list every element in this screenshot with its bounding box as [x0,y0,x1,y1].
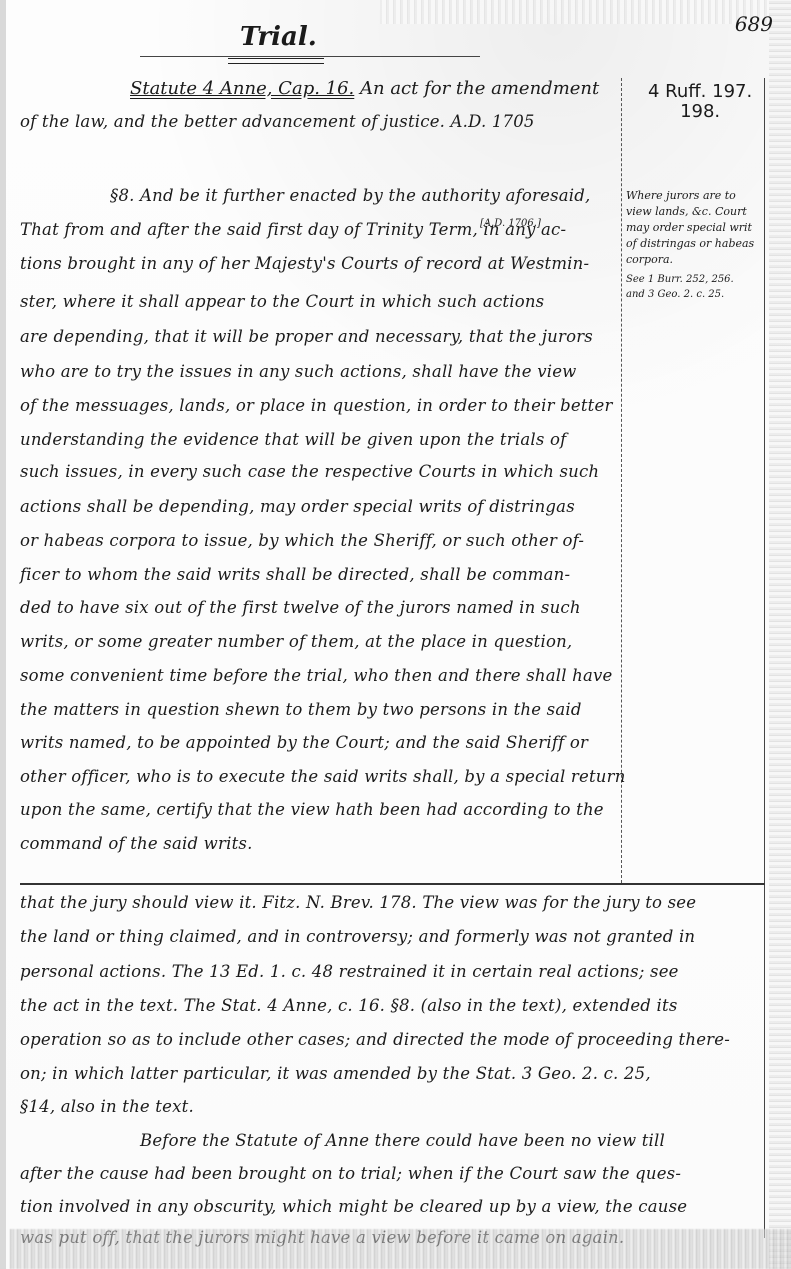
text-line: command of the said writs. [20,834,610,853]
text-line: writs named, to be appointed by the Cour… [20,733,610,752]
text-line: ster, where it shall appear to the Court… [20,292,610,311]
commentary-line: after the cause had been brought on to t… [20,1164,760,1183]
page-title: Trial. [240,22,317,52]
commentary-line: the act in the text. The Stat. 4 Anne, c… [20,996,760,1015]
text-line: or habeas corpora to issue, by which the… [20,531,610,550]
text-line: §8. And be it further enacted by the aut… [110,186,700,205]
side-note-citation: See 1 Burr. 252, 256. and 3 Geo. 2. c. 2… [626,272,734,302]
statute-name: Statute 4 Anne, Cap. 16. [130,78,354,99]
commentary-line: tion involved in any obscurity, which mi… [20,1197,760,1216]
commentary-line: §14, also in the text. [20,1097,760,1116]
text-line: writs, or some greater number of them, a… [20,632,610,651]
text-line: actions shall be depending, may order sp… [20,497,610,516]
text-line: the matters in question shewn to them by… [20,700,610,719]
text-line: such issues, in every such case the resp… [20,462,610,481]
commentary-line: Before the Statute of Anne there could h… [140,1131,791,1150]
text-line: other officer, who is to execute the sai… [20,767,610,786]
text-line: who are to try the issues in any such ac… [20,362,610,381]
margin-reference: 4 Ruff. 197. 198. [648,82,752,122]
statute-description: An act for the amendment [360,78,599,99]
text-line: of the messuages, lands, or place in que… [20,396,610,415]
section-divider [20,883,765,885]
right-border [764,78,766,1238]
text-line: upon the same, certify that the view hat… [20,800,610,819]
manuscript-page: 689 Trial. Statute 4 Anne, Cap. 16. An a… [0,0,791,1269]
title-rule [140,56,480,57]
title-double-underline [228,58,324,64]
scan-noise-top [380,0,770,24]
scan-noise-right [769,0,791,1269]
scan-noise-bottom [10,1229,791,1269]
text-line: That from and after the said first day o… [20,220,610,239]
commentary-line: operation so as to include other cases; … [20,1030,760,1049]
scan-left-edge [0,0,6,1269]
commentary-line: that the jury should view it. Fitz. N. B… [20,893,760,912]
text-line: are depending, that it will be proper an… [20,327,610,346]
commentary-line: personal actions. The 13 Ed. 1. c. 48 re… [20,962,760,981]
text-line: ficer to whom the said writs shall be di… [20,565,610,584]
commentary-line: on; in which latter particular, it was a… [20,1064,760,1083]
statute-description-continued: of the law, and the better advancement o… [20,112,535,131]
commentary-line: the land or thing claimed, and in contro… [20,927,760,946]
page-number: 689 [735,12,773,36]
statute-heading: Statute 4 Anne, Cap. 16. An act for the … [130,78,599,99]
text-line: understanding the evidence that will be … [20,430,610,449]
text-line: ded to have six out of the first twelve … [20,598,610,617]
text-line: tions brought in any of her Majesty's Co… [20,254,610,273]
text-line: some convenient time before the trial, w… [20,666,610,685]
